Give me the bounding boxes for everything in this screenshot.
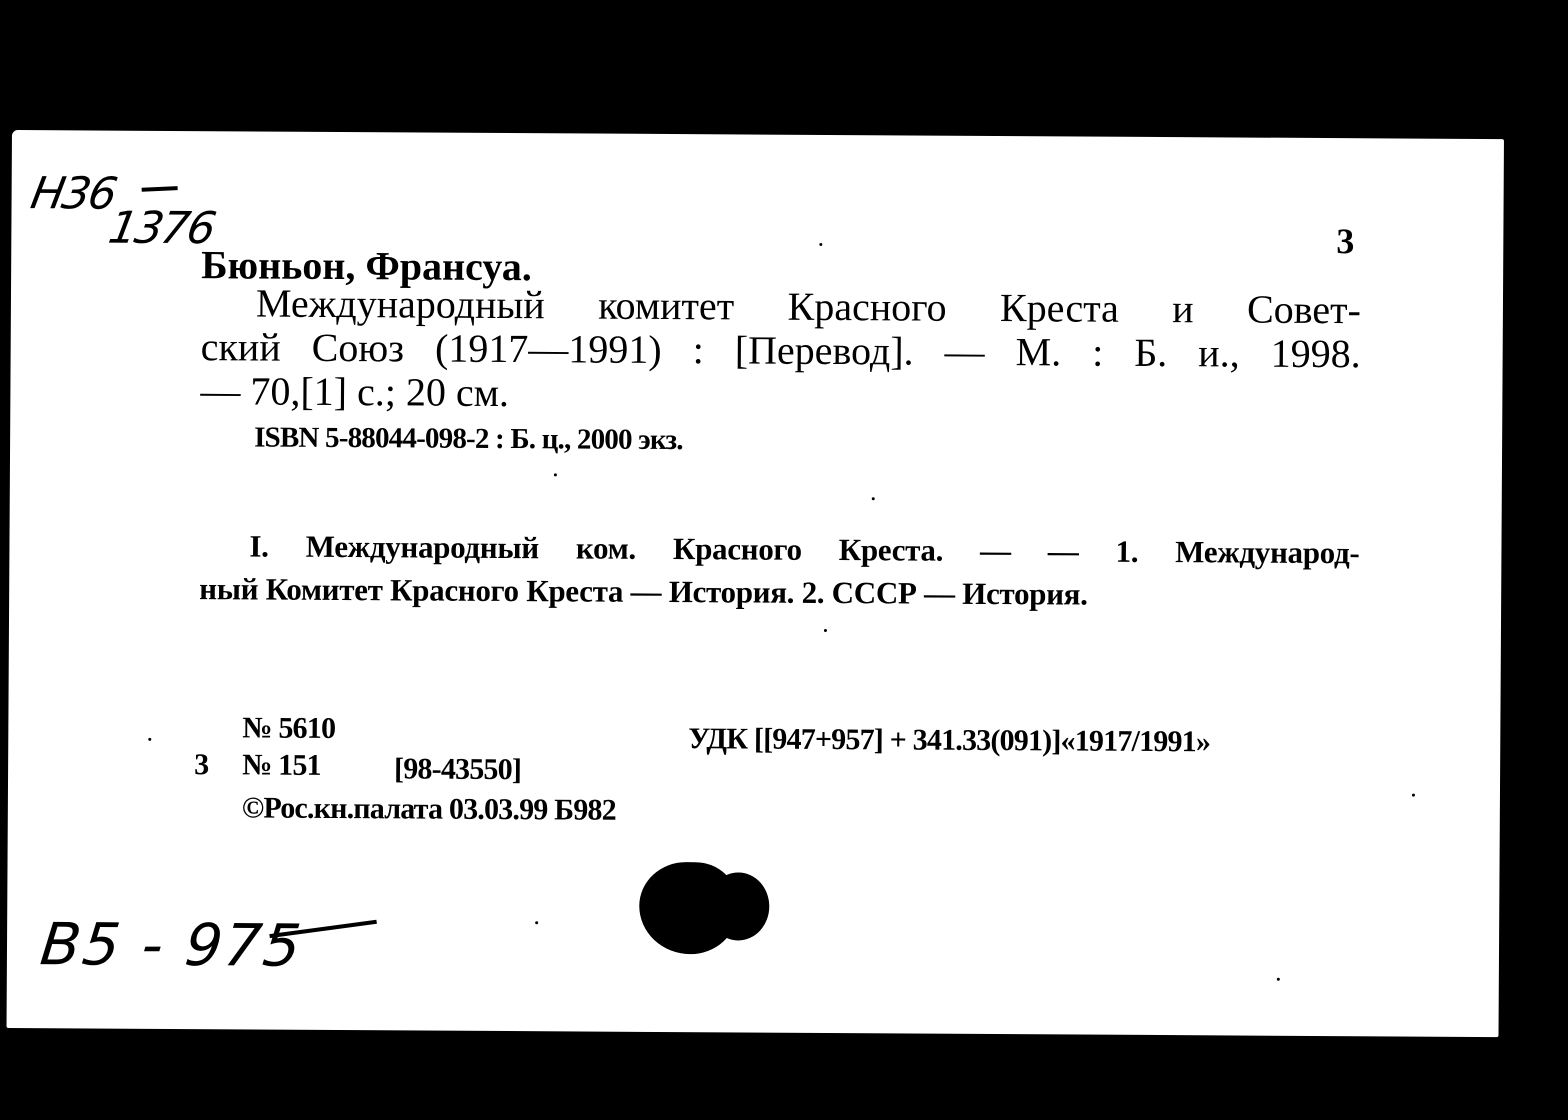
chamber-record-id: [98-43550] [394,752,521,787]
subject-line: ный Комитет Красного Креста — История. 2… [199,567,1359,617]
shelfmark-divider [142,186,178,192]
book-chamber-imprint: ©Рос.кн.палата 03.03.99 Б982 [242,791,616,827]
second-number: № 151 [242,748,321,782]
isbn-line: ISBN 5-88044-098-2 : Б. ц., 2000 экз. [254,421,683,457]
copies-count: 3 [194,748,208,782]
speck [872,497,875,500]
subject-line: I. Международный ком. Красного Креста. —… [199,524,1359,574]
record-number: № 5610 [242,711,335,746]
title-description: Международный комитет Красного Креста и … [200,281,1361,420]
subject-headings: I. Международный ком. Красного Креста. —… [199,524,1360,617]
title-line: — 70,[1] с.; 20 см. [200,369,1360,420]
speck [554,473,557,476]
speck [1412,794,1415,797]
copy-marker: 3 [1336,220,1354,262]
speck [535,921,538,924]
catalog-card: Н36 1376 3 Бюньон, Франсуа. Международны… [7,130,1504,1037]
speck [824,629,827,632]
shelfmark-top: Н36 [27,168,119,219]
speck [1277,978,1280,981]
udk-classification: УДК [[947+957] + 341.33(091)]«1917/1991» [688,722,1210,759]
inventory-number: В5 - 975 [37,910,306,980]
speck [148,738,151,741]
speck [819,243,822,246]
punch-hole-icon [707,872,769,940]
